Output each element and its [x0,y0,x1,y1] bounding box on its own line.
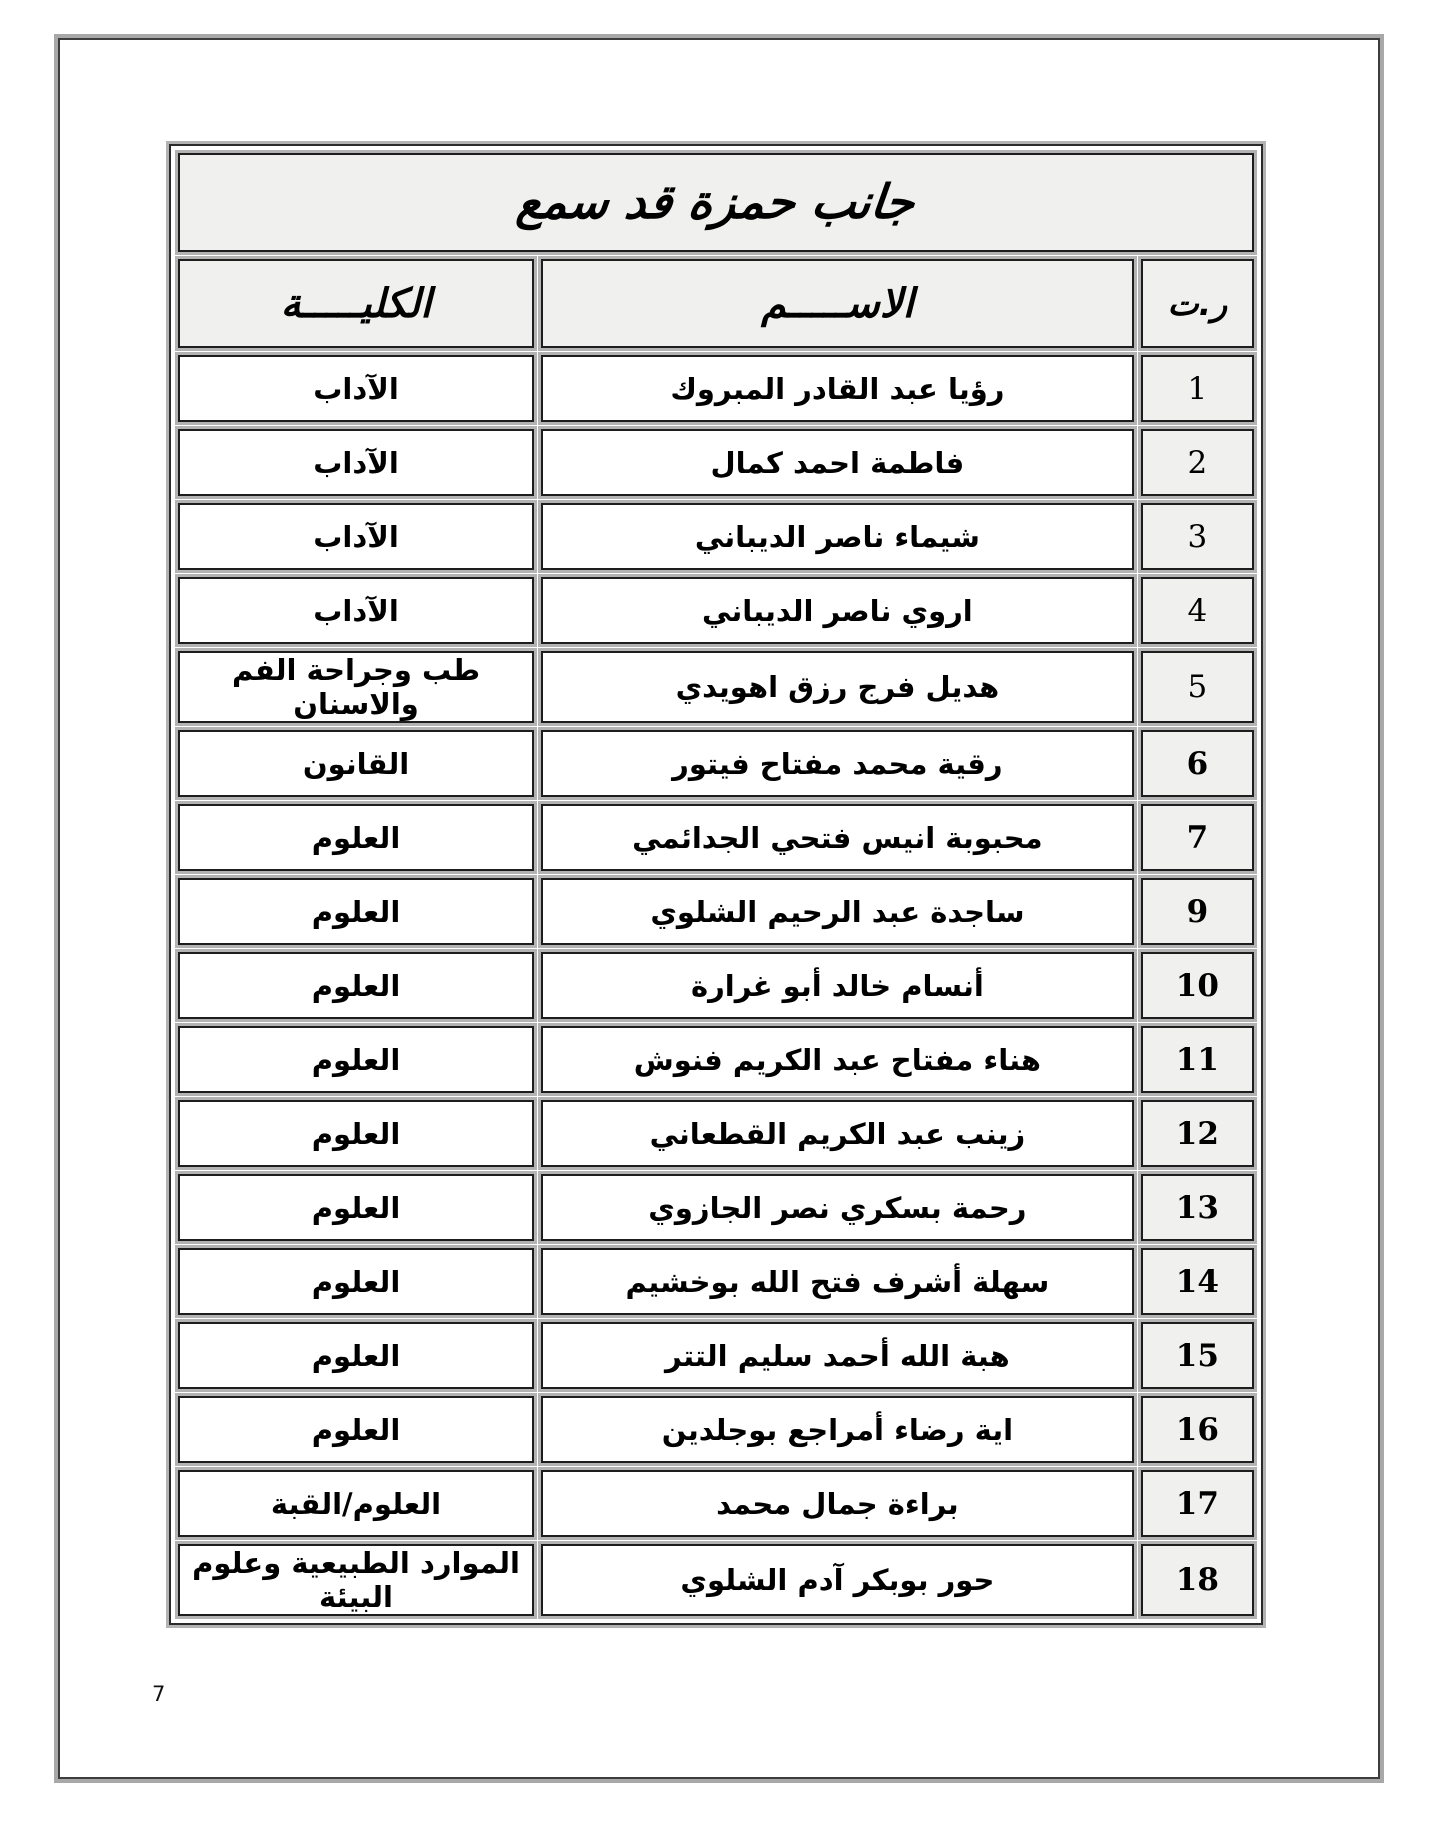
college-cell: الآداب [178,429,534,496]
serial-cell: 16 [1141,1396,1254,1463]
college-cell: القانون [178,730,534,797]
college-cell: الآداب [178,503,534,570]
name-cell: براءة جمال محمد [541,1470,1134,1537]
table-row: 17براءة جمال محمدالعلوم/القبة [178,1470,1254,1537]
college-cell: العلوم [178,1026,534,1093]
name-cell: هبة الله أحمد سليم التتر [541,1322,1134,1389]
table-row: 11هناء مفتاح عبد الكريم فنوشالعلوم [178,1026,1254,1093]
name-cell: هناء مفتاح عبد الكريم فنوش [541,1026,1134,1093]
header-name: الاســـــم [541,259,1134,348]
serial-cell: 14 [1141,1248,1254,1315]
college-cell: طب وجراحة الفم والاسنان [178,651,534,723]
serial-cell: 7 [1141,804,1254,871]
serial-cell: 3 [1141,503,1254,570]
table-title: جانب حمزة قد سمع [178,153,1254,252]
serial-cell: 5 [1141,651,1254,723]
college-cell: العلوم [178,952,534,1019]
serial-cell: 12 [1141,1100,1254,1167]
page-border: جانب حمزة قد سمع ر.ت الاســـــم الكليـــ… [58,38,1380,1779]
table-row: 7محبوبة انيس فتحي الجدائميالعلوم [178,804,1254,871]
college-cell: العلوم [178,1248,534,1315]
students-table: جانب حمزة قد سمع ر.ت الاســـــم الكليـــ… [171,146,1261,1623]
name-cell: ساجدة عبد الرحيم الشلوي [541,878,1134,945]
college-cell: الموارد الطبيعية وعلوم البيئة [178,1544,534,1616]
table-row: 12زينب عبد الكريم القطعانيالعلوم [178,1100,1254,1167]
students-table-frame: جانب حمزة قد سمع ر.ت الاســـــم الكليـــ… [169,144,1263,1625]
table-row: 9ساجدة عبد الرحيم الشلويالعلوم [178,878,1254,945]
serial-cell: 9 [1141,878,1254,945]
name-cell: زينب عبد الكريم القطعاني [541,1100,1134,1167]
table-row: 16اية رضاء أمراجع بوجلدينالعلوم [178,1396,1254,1463]
college-cell: الآداب [178,355,534,422]
table-row: 6رقية محمد مفتاح فيتورالقانون [178,730,1254,797]
college-cell: العلوم [178,1396,534,1463]
college-cell: العلوم [178,804,534,871]
serial-cell: 18 [1141,1544,1254,1616]
table-row: 3شيماء ناصر الديبانيالآداب [178,503,1254,570]
serial-cell: 6 [1141,730,1254,797]
table-row: 10أنسام خالد أبو غرارةالعلوم [178,952,1254,1019]
page-number: 7 [152,1682,165,1706]
header-college: الكليـــــة [178,259,534,348]
college-cell: العلوم [178,1322,534,1389]
serial-cell: 17 [1141,1470,1254,1537]
college-cell: العلوم [178,1174,534,1241]
college-cell: العلوم [178,1100,534,1167]
table-row: 18حور بوبكر آدم الشلويالموارد الطبيعية و… [178,1544,1254,1616]
serial-cell: 1 [1141,355,1254,422]
table-header-row: ر.ت الاســـــم الكليـــــة [178,259,1254,348]
name-cell: سهلة أشرف فتح الله بوخشيم [541,1248,1134,1315]
table-row: 1رؤيا عبد القادر المبروكالآداب [178,355,1254,422]
table-row: 2فاطمة احمد كمالالآداب [178,429,1254,496]
document-page: جانب حمزة قد سمع ر.ت الاســـــم الكليـــ… [0,0,1440,1827]
table-title-row: جانب حمزة قد سمع [178,153,1254,252]
serial-cell: 4 [1141,577,1254,644]
serial-cell: 11 [1141,1026,1254,1093]
name-cell: رحمة بسكري نصر الجازوي [541,1174,1134,1241]
name-cell: هديل فرج رزق اهويدي [541,651,1134,723]
table-row: 5هديل فرج رزق اهويديطب وجراحة الفم والاس… [178,651,1254,723]
table-row: 4اروي ناصر الديبانيالآداب [178,577,1254,644]
name-cell: رقية محمد مفتاح فيتور [541,730,1134,797]
college-cell: العلوم/القبة [178,1470,534,1537]
table-row: 15هبة الله أحمد سليم التترالعلوم [178,1322,1254,1389]
name-cell: رؤيا عبد القادر المبروك [541,355,1134,422]
table-row: 14سهلة أشرف فتح الله بوخشيمالعلوم [178,1248,1254,1315]
name-cell: شيماء ناصر الديباني [541,503,1134,570]
college-cell: الآداب [178,577,534,644]
name-cell: أنسام خالد أبو غرارة [541,952,1134,1019]
name-cell: اروي ناصر الديباني [541,577,1134,644]
serial-cell: 10 [1141,952,1254,1019]
name-cell: اية رضاء أمراجع بوجلدين [541,1396,1134,1463]
name-cell: حور بوبكر آدم الشلوي [541,1544,1134,1616]
name-cell: فاطمة احمد كمال [541,429,1134,496]
serial-cell: 2 [1141,429,1254,496]
table-body: 1رؤيا عبد القادر المبروكالآداب2فاطمة احم… [178,355,1254,1616]
table-row: 13رحمة بسكري نصر الجازويالعلوم [178,1174,1254,1241]
serial-cell: 15 [1141,1322,1254,1389]
college-cell: العلوم [178,878,534,945]
serial-cell: 13 [1141,1174,1254,1241]
header-serial: ر.ت [1141,259,1254,348]
name-cell: محبوبة انيس فتحي الجدائمي [541,804,1134,871]
